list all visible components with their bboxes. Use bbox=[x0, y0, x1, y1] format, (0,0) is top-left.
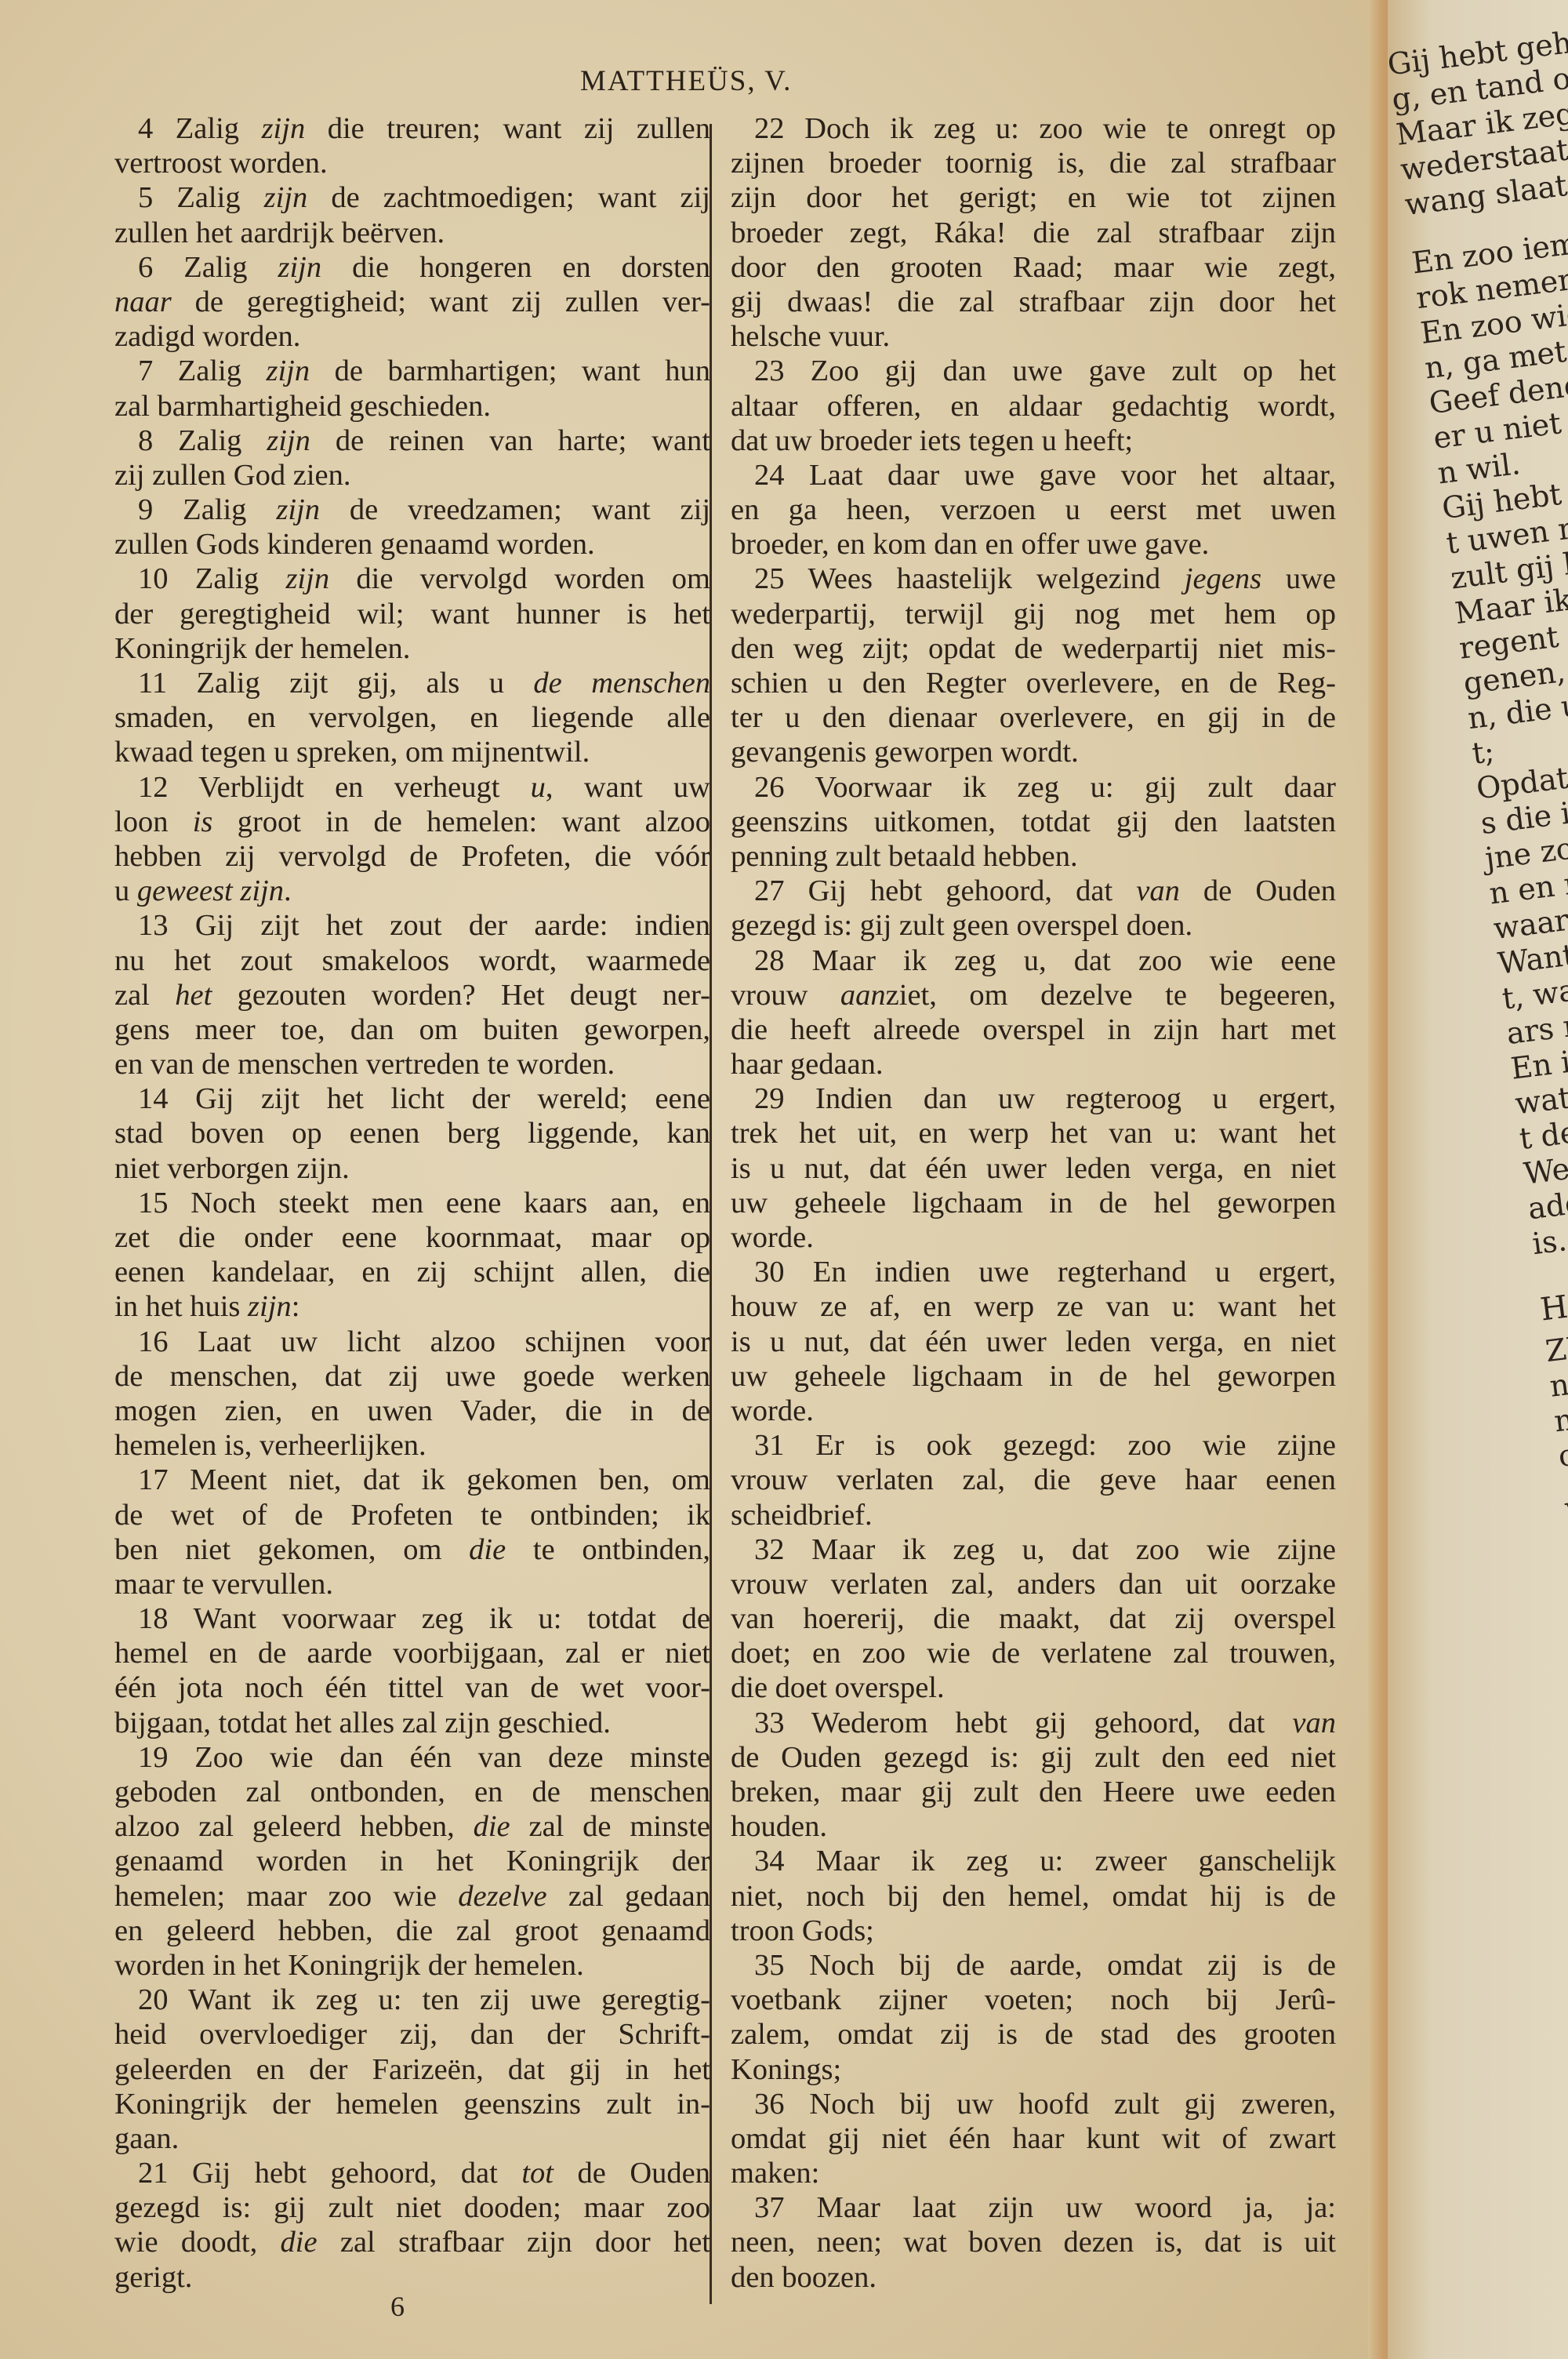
text-line: bijgaan, totdat het alles zal zijn gesch… bbox=[114, 1706, 710, 1740]
verse-start-line: 29 Indien dan uw regteroog u ergert, bbox=[731, 1081, 1336, 1116]
verse-start-line: 8 Zalig zijn de reinen van harte; want bbox=[114, 423, 710, 458]
verse-start-line: 25 Wees haastelijk welgezind jegens uwe bbox=[731, 562, 1336, 596]
text-line: doet; en zoo wie de verlatene zal trouwe… bbox=[731, 1636, 1336, 1670]
verse-start-line: 14 Gij zijt het licht der wereld; eene bbox=[114, 1081, 710, 1116]
text-line: zijn door het gerigt; en wie tot zijnen bbox=[731, 180, 1336, 215]
verse-start-line: 32 Maar ik zeg u, dat zoo wie zijne bbox=[731, 1532, 1336, 1567]
text-line: uw geheele ligchaam in de hel geworpen bbox=[731, 1186, 1336, 1220]
verse-start-line: 23 Zoo gij dan uwe gave zult op het bbox=[731, 354, 1336, 388]
text-line: broeder zegt, Ráka! die zal strafbaar zi… bbox=[731, 216, 1336, 250]
italic-emphasis: zijn bbox=[267, 354, 310, 387]
italic-emphasis: van bbox=[1292, 1707, 1336, 1739]
text-line: de menschen, dat zij uwe goede werken bbox=[114, 1359, 710, 1394]
text-line: gens meer toe, dan om buiten geworpen, bbox=[114, 1012, 710, 1047]
verse-start-line: 4 Zalig zijn die treuren; want zij zulle… bbox=[114, 111, 710, 146]
text-line: hebben zij vervolgd de Profeten, die vóó… bbox=[114, 839, 710, 874]
text-line: kwaad tegen u spreken, om mijnentwil. bbox=[114, 735, 710, 769]
verse-start-line: 10 Zalig zijn die vervolgd worden om bbox=[114, 562, 710, 596]
text-column-left: 4 Zalig zijn die treuren; want zij zulle… bbox=[114, 111, 710, 2295]
text-line: vertroost worden. bbox=[114, 146, 710, 180]
book-page: MATTHEÜS, V. 4 Zalig zijn die treuren; w… bbox=[0, 0, 1376, 2359]
text-line: zijnen broeder toornig is, die zal straf… bbox=[731, 146, 1336, 180]
text-line: den boozen. bbox=[731, 2260, 1336, 2295]
verse-start-line: 28 Maar ik zeg u, dat zoo wie eene bbox=[731, 943, 1336, 978]
text-line: gezegd is: gij zult geen overspel doen. bbox=[731, 908, 1336, 943]
text-line: hemelen is, verheerlijken. bbox=[114, 1428, 710, 1463]
verse-start-line: 30 En indien uwe regterhand u ergert, bbox=[731, 1255, 1336, 1289]
italic-emphasis: die bbox=[474, 1810, 510, 1843]
text-line: penning zult betaald hebben. bbox=[731, 839, 1336, 874]
text-line: der geregtigheid wil; want hunner is het bbox=[114, 597, 710, 631]
verse-start-line: 6 Zalig zijn die hongeren en dorsten bbox=[114, 250, 710, 285]
text-line: is u nut, dat één uwer leden verga, en n… bbox=[731, 1325, 1336, 1359]
verse-start-line: 37 Maar laat zijn uw woord ja, ja: bbox=[731, 2190, 1336, 2225]
text-line: van hoererij, die maakt, dat zij overspe… bbox=[731, 1601, 1336, 1636]
text-line: en van de menschen vertreden te worden. bbox=[114, 1047, 710, 1081]
text-line: zalem, omdat zij is de stad des grooten bbox=[731, 2017, 1336, 2052]
text-line: mogen zien, en uwen Vader, die in de bbox=[114, 1394, 710, 1428]
verse-start-line: 7 Zalig zijn de barmhartigen; want hun bbox=[114, 354, 710, 388]
verse-start-line: 31 Er is ook gezegd: zoo wie zijne bbox=[731, 1428, 1336, 1463]
verse-start-line: 26 Voorwaar ik zeg u: gij zult daar bbox=[731, 770, 1336, 805]
column-divider-rule bbox=[710, 124, 712, 2304]
text-line: de wet of de Profeten te ontbinden; ik bbox=[114, 1498, 710, 1532]
text-line: genaamd worden in het Koningrijk der bbox=[114, 1844, 710, 1878]
text-line: naar de geregtigheid; want zij zullen ve… bbox=[114, 285, 710, 319]
text-line: die heeft alreede overspel in zijn hart … bbox=[731, 1012, 1336, 1047]
text-line: vrouw verlaten zal, anders dan uit oorza… bbox=[731, 1567, 1336, 1601]
verse-start-line: 35 Noch bij de aarde, omdat zij is de bbox=[731, 1948, 1336, 1983]
text-line: de Ouden gezegd is: gij zult den eed nie… bbox=[731, 1740, 1336, 1775]
text-line: loon is groot in de hemelen: want alzoo bbox=[114, 805, 710, 839]
italic-emphasis: geweest zijn bbox=[137, 874, 284, 907]
text-line: uw geheele ligchaam in de hel geworpen bbox=[731, 1359, 1336, 1394]
verse-start-line: 15 Noch steekt men eene kaars aan, en bbox=[114, 1186, 710, 1220]
text-line: worde. bbox=[731, 1220, 1336, 1255]
text-line: vrouw verlaten zal, die geve haar eenen bbox=[731, 1463, 1336, 1497]
verse-start-line: 36 Noch bij uw hoofd zult gij zweren, bbox=[731, 2087, 1336, 2121]
verse-start-line: 27 Gij hebt gehoord, dat van de Ouden bbox=[731, 874, 1336, 908]
text-line: smaden, en vervolgen, en liegende alle bbox=[114, 700, 710, 735]
text-line: heid overvloediger zij, dan der Schrift- bbox=[114, 2017, 710, 2052]
italic-emphasis: zijn bbox=[264, 181, 308, 214]
text-line: geleerden en der Farizeën, dat gij in he… bbox=[114, 2052, 710, 2087]
text-line: maken: bbox=[731, 2156, 1336, 2190]
italic-emphasis: het bbox=[175, 979, 212, 1012]
text-line: wie doodt, die zal strafbaar zijn door h… bbox=[114, 2225, 710, 2259]
verse-start-line: 33 Wederom hebt gij gehoord, dat van bbox=[731, 1706, 1336, 1740]
text-line: worden in het Koningrijk der hemelen. bbox=[114, 1948, 710, 1983]
text-line: broeder, en kom dan en offer uwe gave. bbox=[731, 527, 1336, 562]
verse-start-line: 11 Zalig zijt gij, als u de menschen bbox=[114, 666, 710, 700]
verse-start-line: 17 Meent niet, dat ik gekomen ben, om bbox=[114, 1463, 710, 1497]
text-line: alzoo zal geleerd hebben, die zal de min… bbox=[114, 1809, 710, 1844]
text-line: haar gedaan. bbox=[731, 1047, 1336, 1081]
text-line: en geleerd hebben, die zal groot genaamd bbox=[114, 1914, 710, 1948]
verse-start-line: 16 Laat uw licht alzoo schijnen voor bbox=[114, 1325, 710, 1359]
text-line: den weg zijt; opdat de wederpartij niet … bbox=[731, 631, 1336, 666]
italic-emphasis: dezelve bbox=[458, 1880, 546, 1913]
text-line: niet, noch bij den hemel, omdat hij is d… bbox=[731, 1879, 1336, 1914]
text-line: in het huis zijn: bbox=[114, 1289, 710, 1324]
facing-chapter-heading: HOOFDSTU bbox=[1538, 1253, 1568, 1329]
text-line: Konings; bbox=[731, 2052, 1336, 2087]
verse-start-line: 13 Gij zijt het zout der aarde: indien bbox=[114, 908, 710, 943]
italic-emphasis: die bbox=[281, 2226, 318, 2259]
text-line: schien u den Regter overlevere, en de Re… bbox=[731, 666, 1336, 700]
italic-emphasis: is bbox=[193, 805, 213, 838]
facing-page-fragment: Gij hebt gehoord, datg, en tand om tand.… bbox=[1388, 0, 1568, 2359]
verse-start-line: 9 Zalig zijn de vreedzamen; want zij bbox=[114, 493, 710, 527]
text-line: zal barmhartigheid geschieden. bbox=[114, 389, 710, 423]
text-line: zullen Gods kinderen genaamd worden. bbox=[114, 527, 710, 562]
text-line: wederpartij, terwijl gij nog met hem op bbox=[731, 597, 1336, 631]
text-line: gerigt. bbox=[114, 2260, 710, 2295]
italic-emphasis: van bbox=[1136, 874, 1180, 907]
text-line: altaar offeren, en aldaar gedachtig word… bbox=[731, 389, 1336, 423]
text-line: zij zullen God zien. bbox=[114, 458, 710, 493]
verse-start-line: 12 Verblijdt en verheugt u, want uw bbox=[114, 770, 710, 805]
text-line: stad boven op eenen berg liggende, kan bbox=[114, 1116, 710, 1150]
text-line: nu het zout smakeloos wordt, waarmede bbox=[114, 943, 710, 978]
text-line: voetbank zijner voeten; noch bij Jerû- bbox=[731, 1983, 1336, 2017]
text-line: gij dwaas! die zal strafbaar zijn door h… bbox=[731, 285, 1336, 319]
verse-start-line: 21 Gij hebt gehoord, dat tot de Ouden bbox=[114, 2156, 710, 2190]
text-line: hemel en de aarde voorbijgaan, zal er ni… bbox=[114, 1636, 710, 1670]
text-line: gaan. bbox=[114, 2121, 710, 2156]
italic-emphasis: naar bbox=[114, 285, 172, 318]
italic-emphasis: die bbox=[469, 1533, 506, 1566]
text-line: geenszins uitkomen, totdat gij den laats… bbox=[731, 805, 1336, 839]
running-head: MATTHEÜS, V. bbox=[580, 64, 894, 98]
text-line: houden. bbox=[731, 1809, 1336, 1844]
text-line: gezegd is: gij zult niet dooden; maar zo… bbox=[114, 2190, 710, 2225]
text-line: zal het gezouten worden? Het deugt ner- bbox=[114, 978, 710, 1012]
italic-emphasis: zijn bbox=[276, 493, 320, 526]
verse-start-line: 19 Zoo wie dan één van deze minste bbox=[114, 1740, 710, 1775]
text-line: ter u den dienaar overlevere, en gij in … bbox=[731, 700, 1336, 735]
text-line: maar te vervullen. bbox=[114, 1567, 710, 1601]
text-line: scheidbrief. bbox=[731, 1498, 1336, 1532]
verse-start-line: 5 Zalig zijn de zachtmoedigen; want zij bbox=[114, 180, 710, 215]
text-line: door den grooten Raad; maar wie zegt, bbox=[731, 250, 1336, 285]
text-line: niet verborgen zijn. bbox=[114, 1151, 710, 1186]
text-line: zullen het aardrijk beërven. bbox=[114, 216, 710, 250]
text-line: houw ze af, en werp ze van u: want het bbox=[731, 1289, 1336, 1324]
italic-emphasis: tot bbox=[521, 2157, 554, 2190]
italic-emphasis: zijn bbox=[278, 251, 321, 284]
italic-emphasis: jegens bbox=[1185, 562, 1261, 595]
verse-start-line: 18 Want voorwaar zeg ik u: totdat de bbox=[114, 1601, 710, 1636]
text-line: die doet overspel. bbox=[731, 1670, 1336, 1705]
text-line: trek het uit, en werp het van u: want he… bbox=[731, 1116, 1336, 1150]
text-line: vrouw aanziet, om dezelve te begeeren, bbox=[731, 978, 1336, 1012]
text-line: u geweest zijn. bbox=[114, 874, 710, 908]
text-line: één jota noch één tittel van de wet voor… bbox=[114, 1670, 710, 1705]
text-line: Koningrijk der hemelen. bbox=[114, 631, 710, 666]
text-line: neen, neen; wat boven dezen is, dat is u… bbox=[731, 2225, 1336, 2259]
italic-emphasis: u bbox=[531, 771, 546, 804]
text-line: hemelen; maar zoo wie dezelve zal gedaan bbox=[114, 1879, 710, 1914]
text-line: ben niet gekomen, om die te ontbinden, bbox=[114, 1532, 710, 1567]
text-line: Koningrijk der hemelen geenszins zult in… bbox=[114, 2087, 710, 2121]
text-line: gevangenis geworpen wordt. bbox=[731, 735, 1336, 769]
text-line: breken, maar gij zult den Heere uwe eede… bbox=[731, 1775, 1336, 1809]
text-line: is u nut, dat één uwer leden verga, en n… bbox=[731, 1151, 1336, 1186]
text-line: helsche vuur. bbox=[731, 319, 1336, 354]
text-line: zet die onder eene koornmaat, maar op bbox=[114, 1220, 710, 1255]
italic-emphasis: zijn bbox=[267, 424, 310, 457]
verse-start-line: 24 Laat daar uwe gave voor het altaar, bbox=[731, 458, 1336, 493]
italic-emphasis: zijn bbox=[285, 562, 329, 595]
text-column-right: 22 Doch ik zeg u: zoo wie te onregt opzi… bbox=[731, 111, 1336, 2295]
italic-emphasis: zijn bbox=[262, 112, 306, 145]
italic-emphasis: de menschen bbox=[533, 667, 710, 700]
text-line: eenen kandelaar, en zij schijnt allen, d… bbox=[114, 1255, 710, 1289]
facing-page-text: Gij hebt gehoord, datg, en tand om tand.… bbox=[1388, 8, 1568, 2234]
page-number: 6 bbox=[390, 2290, 405, 2323]
text-line: geboden zal ontbonden, en de menschen bbox=[114, 1775, 710, 1809]
verse-start-line: 20 Want ik zeg u: ten zij uwe geregtig- bbox=[114, 1983, 710, 2017]
text-line: en ga heen, verzoen u eerst met uwen bbox=[731, 493, 1336, 527]
text-line: dat uw broeder iets tegen u heeft; bbox=[731, 423, 1336, 458]
italic-emphasis: zijn bbox=[248, 1290, 292, 1323]
italic-emphasis: aan bbox=[840, 979, 886, 1012]
text-line: omdat gij niet één haar kunt wit of zwar… bbox=[731, 2121, 1336, 2156]
verse-start-line: 34 Maar ik zeg u: zweer ganschelijk bbox=[731, 1844, 1336, 1878]
text-line: zadigd worden. bbox=[114, 319, 710, 354]
text-line: worde. bbox=[731, 1394, 1336, 1428]
text-line: troon Gods; bbox=[731, 1914, 1336, 1948]
verse-start-line: 22 Doch ik zeg u: zoo wie te onregt op bbox=[731, 111, 1336, 146]
